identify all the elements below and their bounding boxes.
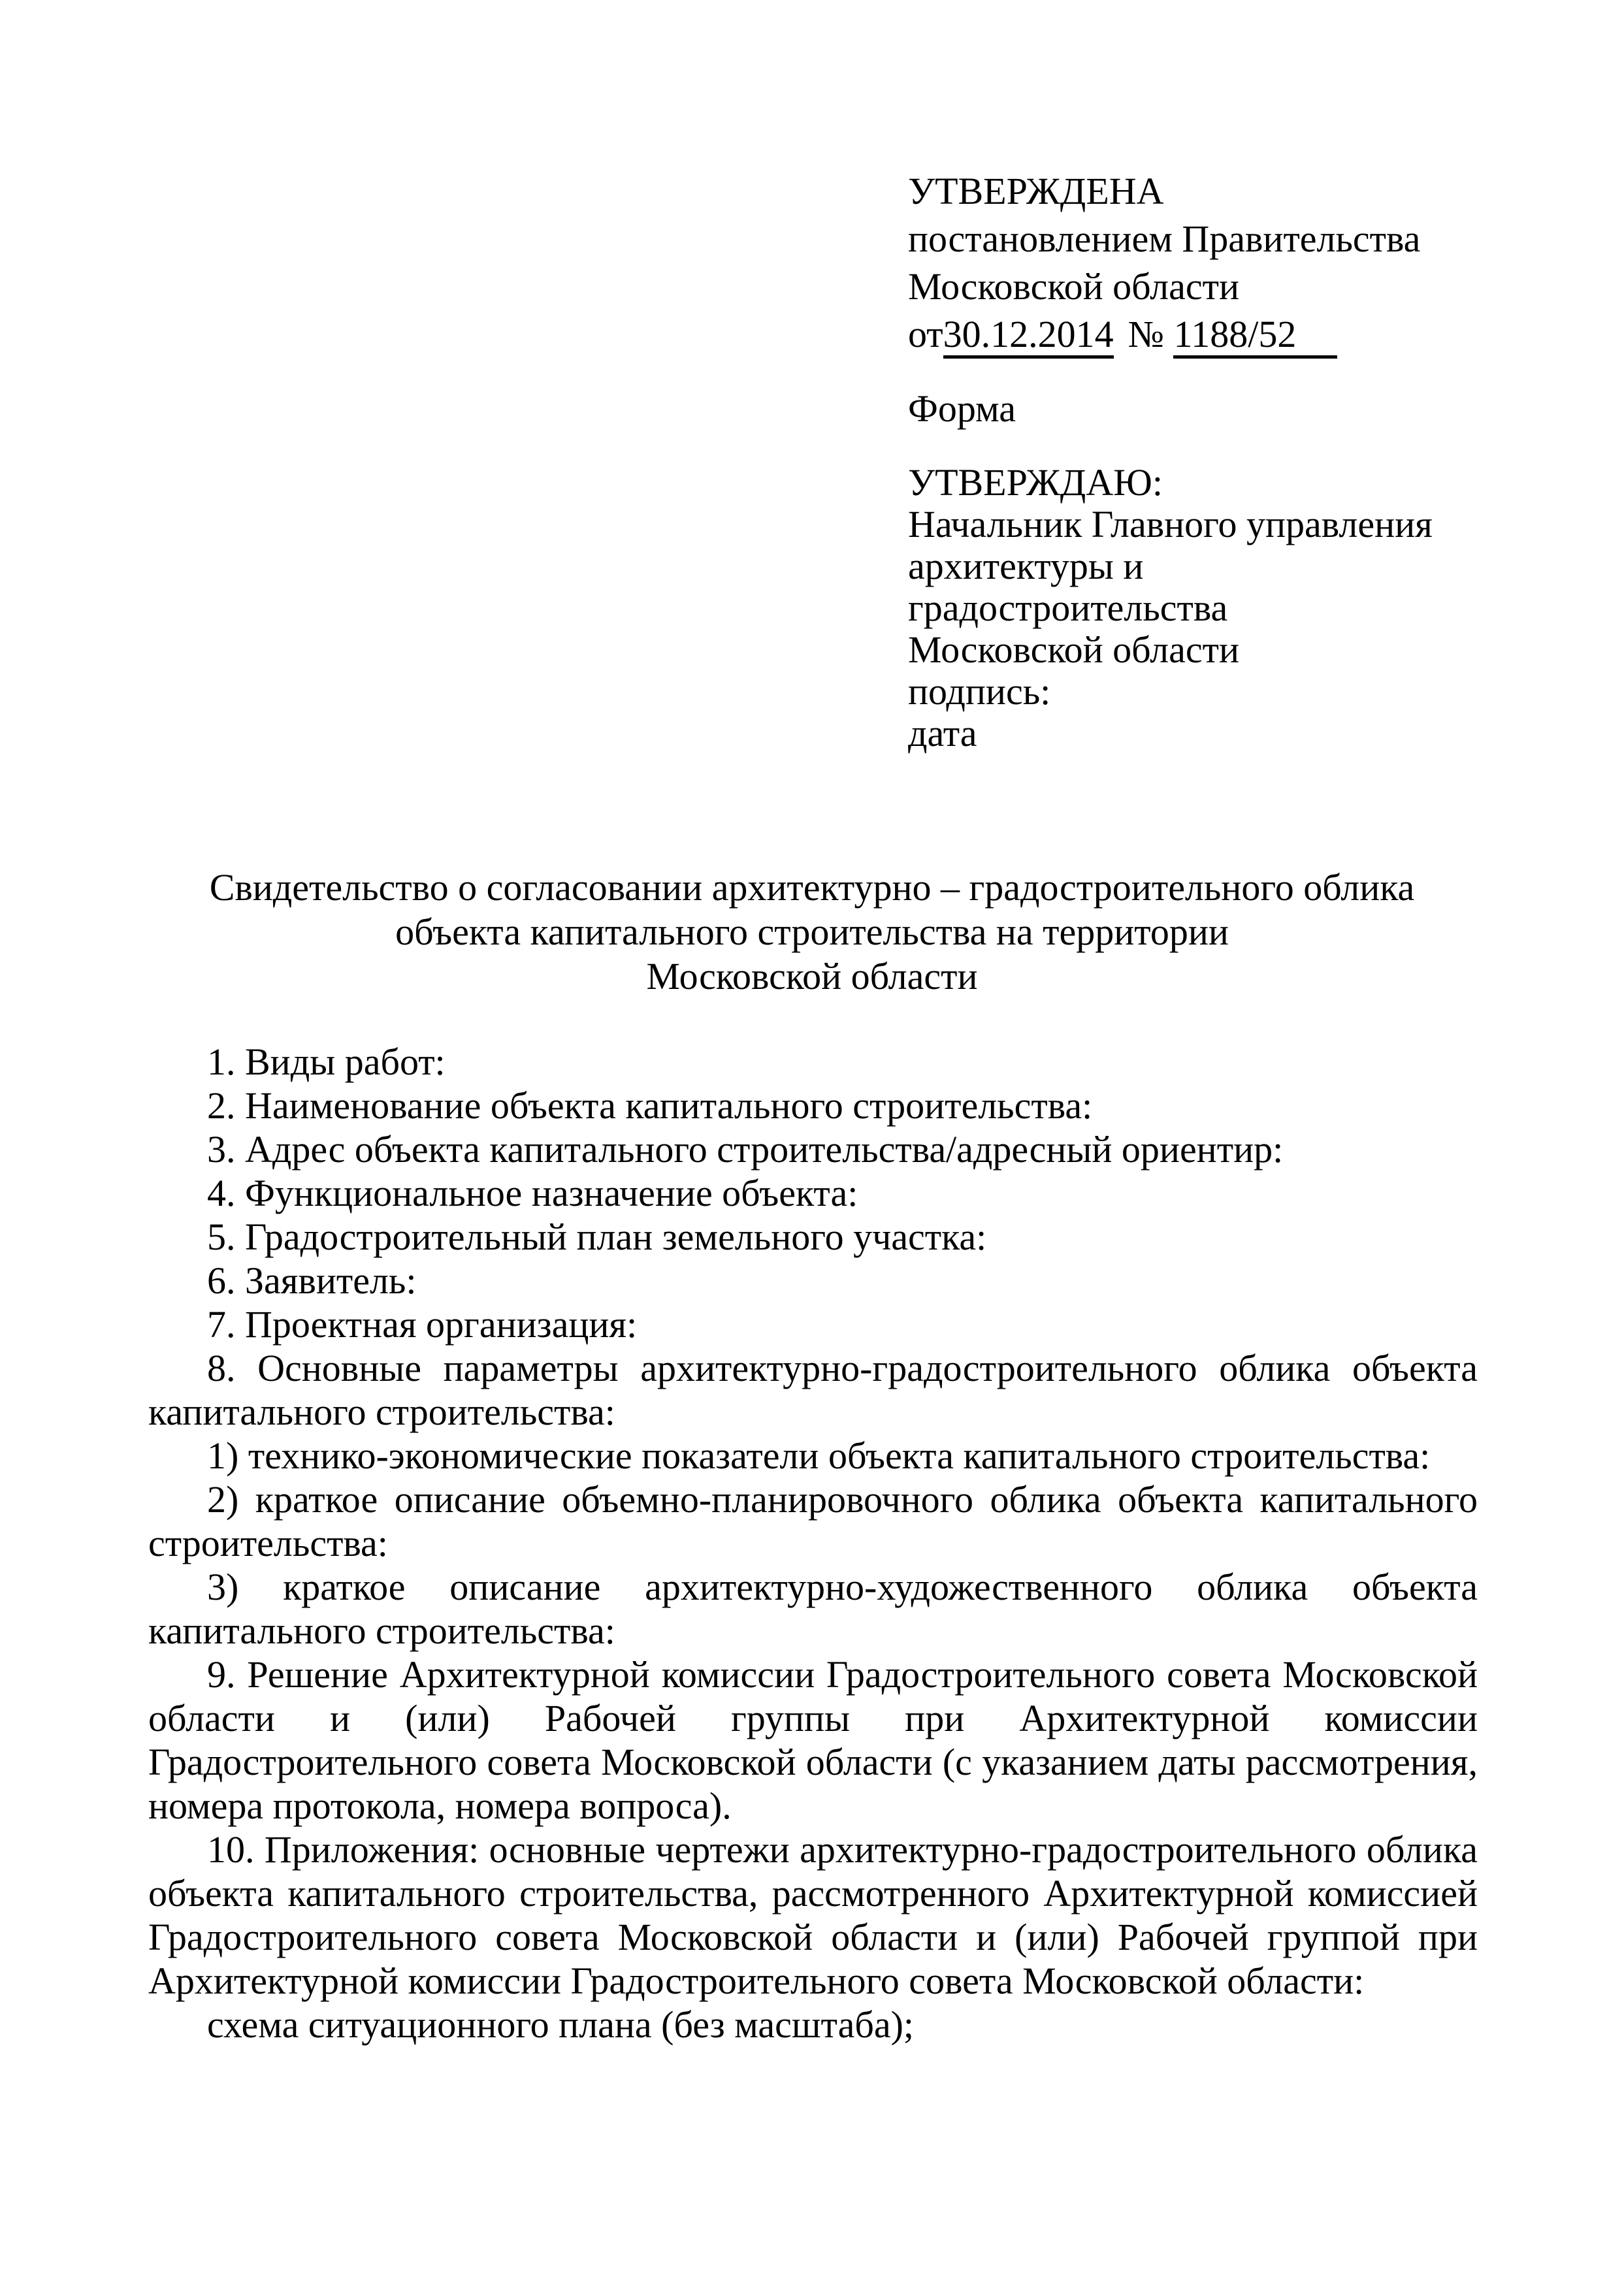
approval-number-value: 1188/52 [1173, 313, 1337, 359]
document-title: Свидетельство о согласовании архитектурн… [0, 865, 1624, 999]
body-paragraph-13: 10. Приложения: основные чертежи архитек… [148, 1828, 1478, 2003]
body-paragraph-14: схема ситуационного плана (без масштаба)… [148, 2003, 1478, 2046]
title-line-1: Свидетельство о согласовании архитектурн… [0, 865, 1624, 910]
body-paragraph-8: 8. Основные параметры архитектурно-градо… [148, 1346, 1478, 1434]
approve-stamp-line-3: архитектуры и [908, 545, 1433, 587]
approve-stamp-line-5: Московской области [908, 629, 1433, 671]
body-paragraph-1: 1. Виды работ: [148, 1040, 1478, 1084]
document-page: УТВЕРЖДЕНА постановлением Правительства … [0, 0, 1624, 2294]
body-paragraph-9: 1) технико-экономические показатели объе… [148, 1434, 1478, 1478]
approve-stamp-line-4: градостроительства [908, 587, 1433, 629]
body-paragraph-10: 2) краткое описание объемно-планировочно… [148, 1478, 1478, 1565]
approval-stamp-line-2: постановлением Правительства [908, 215, 1420, 263]
body-paragraph-5: 5. Градостроительный план земельного уча… [148, 1215, 1478, 1259]
body-paragraph-6: 6. Заявитель: [148, 1259, 1478, 1302]
approve-stamp-line-2: Начальник Главного управления [908, 504, 1433, 545]
approval-stamp-line-1: УТВЕРЖДЕНА [908, 167, 1420, 215]
approval-stamp-line-3: Московской области [908, 263, 1420, 310]
approval-stamp: УТВЕРЖДЕНА постановлением Правительства … [908, 167, 1420, 358]
approval-date-value: 30.12.2014 [943, 313, 1114, 359]
approve-stamp-line-1: УТВЕРЖДАЮ: [908, 462, 1433, 504]
body-paragraph-12: 9. Решение Архитектурной комиссии Градос… [148, 1653, 1478, 1828]
document-body: 1. Виды работ: 2. Наименование объекта к… [148, 1040, 1478, 2046]
body-paragraph-4: 4. Функциональное назначение объекта: [148, 1171, 1478, 1215]
form-label: Форма [908, 388, 1016, 430]
title-line-2: объекта капитального строительства на те… [0, 910, 1624, 954]
title-line-3: Московской области [0, 954, 1624, 999]
body-paragraph-3: 3. Адрес объекта капитального строительс… [148, 1127, 1478, 1171]
approve-stamp-line-7: дата [908, 713, 1433, 754]
approval-date-line: от30.12.2014№ 1188/52 [908, 310, 1420, 358]
body-paragraph-2: 2. Наименование объекта капитального стр… [148, 1084, 1478, 1127]
body-paragraph-7: 7. Проектная организация: [148, 1302, 1478, 1346]
approve-stamp: УТВЕРЖДАЮ: Начальник Главного управления… [908, 462, 1433, 754]
numero-sign: № [1128, 313, 1164, 355]
approval-date-prefix: от [908, 313, 943, 355]
body-paragraph-11: 3) краткое описание архитектурно-художес… [148, 1565, 1478, 1653]
approve-stamp-line-6: подпись: [908, 671, 1433, 713]
